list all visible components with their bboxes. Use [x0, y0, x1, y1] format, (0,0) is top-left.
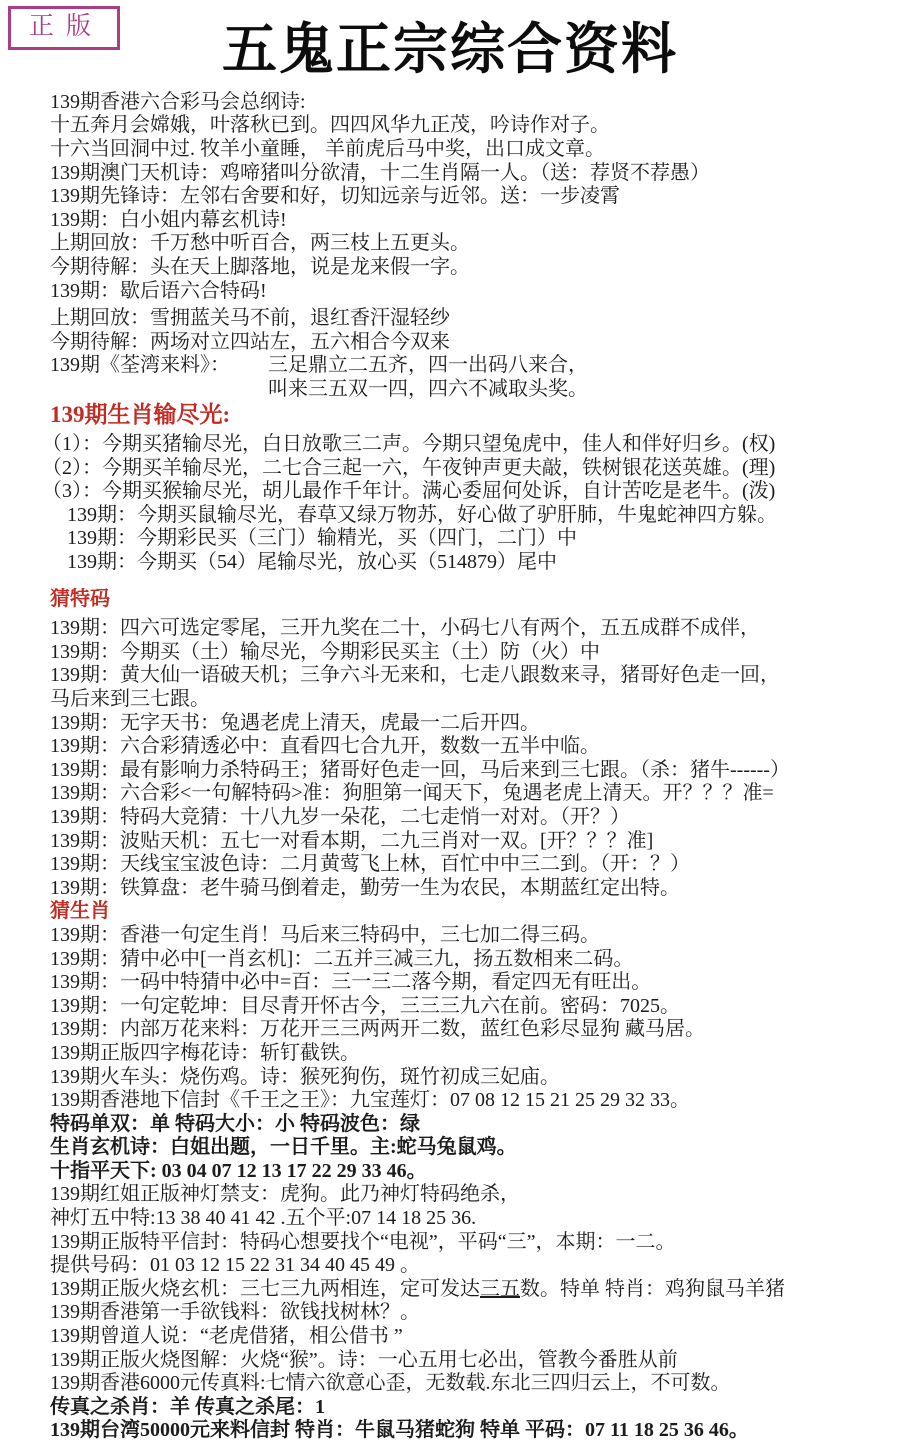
- text-line: （1）：今期买猪输尽光，白日放歌三二声。今期只望兔虎中，佳人和伴好归乡。(权): [42, 433, 896, 457]
- text-line: 139期正版特平信封：特码心想要找个“电视”，平码“三”，本期：一二。: [50, 1231, 896, 1255]
- text-line: 139期先锋诗：左邻右舍要和好，切知远亲与近邻。送：一步凌霄: [50, 185, 896, 209]
- text-line: 139期：特码大竞猜：十八九岁一朵花，二七走悄一对对。（开？）: [50, 806, 896, 830]
- text-line: 十六当回洞中过. 牧羊小童睡， 羊前虎后马中奖，出口成文章。: [50, 138, 896, 162]
- text-segment: 数。特单 特肖：鸡狗鼠马羊猪: [520, 1278, 785, 1300]
- text-line: 传真之杀肖：羊 传真之杀尾：1: [50, 1396, 896, 1420]
- text-line: 139期：四六可选定零尾，三开九奖在二十，小码七八有两个，五五成群不成伴，: [50, 617, 896, 641]
- text-line: 十五奔月会嫦娥，叶落秋已到。四四风华九正茂，吟诗作对子。: [50, 114, 896, 138]
- text-line: 139期香港第一手欲钱料：欲钱找树林？。: [50, 1301, 896, 1325]
- text-line: 叫来三五双一四，四六不减取头奖。: [268, 378, 588, 402]
- text-line: 139期：白小姐内幕玄机诗!: [50, 209, 896, 233]
- text-line: 139期正版火烧图解：火烧“猴”。诗：一心五用七必出，管教今番胜从前: [50, 1349, 896, 1373]
- line-right-column: 三足鼎立二五齐，四一出码八来合，叫来三五双一四，四六不减取头奖。: [268, 354, 588, 401]
- text-line: 三足鼎立二五齐，四一出码八来合，: [268, 354, 588, 378]
- text-line: 139期：今期买（土）输尽光，今期彩民买主（土）防（火）中: [50, 641, 896, 665]
- section-header-cai-tema: 猜特码: [50, 588, 896, 612]
- text-line: 139期：内部万花来料：万花开三三两两开二数，蓝红色彩尽显狗 藏马居。: [50, 1018, 896, 1042]
- text-line: 139期正版火烧玄机：三七三九两相连，定可发达三五数。特单 特肖：鸡狗鼠马羊猪: [50, 1278, 896, 1302]
- text-line: 139期：黄大仙一语破天机；三争六斗无来和，七走八跟数来寻，猪哥好色走一回，: [50, 664, 896, 688]
- text-line: 139期香港6000元传真料:七情六欲意心歪，无数载.东北三四归云上，不可数。: [50, 1372, 896, 1396]
- text-line: 十指平天下: 03 04 07 12 13 17 22 29 33 46。: [50, 1160, 896, 1184]
- text-line: 139期：最有影响力杀特码王；猪哥好色走一回，马后来到三七跟。（杀：猪牛----…: [50, 759, 896, 783]
- text-line: 特码单双：单 特码大小：小 特码波色：绿: [50, 1113, 896, 1137]
- text-line: 今期待解：头在天上脚落地，说是龙来假一字。: [50, 256, 896, 280]
- text-line: 139期：无字天书：兔遇老虎上清天，虎最一二后开四。: [50, 712, 896, 736]
- text-line: 139期香港地下信封《千王之王》：九宝莲灯：07 08 12 15 21 25 …: [50, 1089, 896, 1113]
- text-line: 今期待解：两场对立四站左，五六相合今双来: [50, 331, 896, 355]
- page: 正版 五鬼正宗综合资料 139期香港六合彩马会总纲诗:十五奔月会嫦娥，叶落秋已到…: [0, 0, 900, 1445]
- text-line: 139期：今期买（54）尾输尽光，放心买（514879）尾中: [67, 551, 896, 575]
- text-line: 139期：波贴天机：五七一对看本期，二九三肖对一双。[开？？？准]: [50, 830, 896, 854]
- text-line: 139期：今期买鼠输尽光，春草又绿万物苏，好心做了驴肝肺，牛鬼蛇神四方躲。: [67, 504, 896, 528]
- text-line: （3）：今期买猴输尽光，胡儿最作千年计。满心委屈何处诉，自计苦吃是老牛。(泼): [42, 480, 896, 504]
- text-line: 139期：香港一句定生肖！马后来三特码中，三七加二得三码。: [50, 924, 896, 948]
- section-header-cai-shengxiao: 猜生肖: [50, 900, 896, 924]
- text-line: 139期正版四字梅花诗：斩钉截铁。: [50, 1042, 896, 1066]
- text-line: 139期：天线宝宝波色诗：二月黄莺飞上林，百忙中中三二到。（开：？）: [50, 853, 896, 877]
- text-line: 生肖玄机诗：白姐出题，一日千里。主:蛇马兔鼠鸡。: [50, 1136, 896, 1160]
- text-line: 139期曾道人说：“老虎借猪，相公借书 ”: [50, 1325, 896, 1349]
- text-line: 139期：一句定乾坤：目尽青开怀古今，三三三九六在前。密码：7025。: [50, 995, 896, 1019]
- text-line: 139期：六合彩猜透必中：直看四七合九开，数数一五半中临。: [50, 735, 896, 759]
- text-line: 139期：一码中特猜中必中=百：三一三二落今期，看定四无有旺出。: [50, 971, 896, 995]
- line-label: 139期《荃湾来料》：: [50, 354, 230, 401]
- text-line: 上期回放：雪拥蓝关马不前，退红香汗湿轻纱: [50, 307, 896, 331]
- text-line: （2）：今期买羊输尽光，二七合三起一六，午夜钟声更夫敲，铁树银花送英雄。(理): [42, 457, 896, 481]
- text-line: 139期火车头：烧伤鸡。诗：猴死狗伤，斑竹初成三妃庙。: [50, 1066, 896, 1090]
- text-line: 139期：铁算盘：老牛骑马倒着走，勤劳一生为农民，本期蓝红定出特。: [50, 877, 896, 901]
- text-line: 神灯五中特:13 38 40 41 42 .五个平:07 14 18 25 36…: [50, 1207, 896, 1231]
- text-line: 139期台湾50000元来料信封 特肖：牛鼠马猪蛇狗 特单 平码：07 11 1…: [50, 1419, 896, 1443]
- text-segment: 139期正版火烧玄机：三七三九两相连，定可发达: [50, 1278, 480, 1300]
- authentic-badge: 正版: [8, 6, 120, 50]
- text-line: 马后来到三七跟。: [50, 688, 896, 712]
- underlined-text: 三五: [480, 1278, 520, 1300]
- text-line: 139期《荃湾来料》：三足鼎立二五齐，四一出码八来合，叫来三五双一四，四六不减取…: [50, 354, 896, 401]
- text-line: 139期：今期彩民买（三门）输精光，买（四门，二门）中: [67, 527, 896, 551]
- text-line: 上期回放：千万愁中听百合，两三枝上五更头。: [50, 232, 896, 256]
- page-title: 五鬼正宗综合资料: [0, 0, 900, 85]
- text-line: 139期香港六合彩马会总纲诗:: [50, 91, 896, 115]
- content-lines: 139期香港六合彩马会总纲诗:十五奔月会嫦娥，叶落秋已到。四四风华九正茂，吟诗作…: [0, 91, 900, 1443]
- text-line: 139期：歇后语六合特码!: [50, 280, 896, 304]
- text-line: 139期：六合彩<一句解特码>准：狗胆第一闻天下，兔遇老虎上清天。开？？？准=: [50, 782, 896, 806]
- text-line: 139期：猜中必中[一肖玄机]：二五并三减三九，扬五数相来二码。: [50, 948, 896, 972]
- text-line: 139期红姐正版神灯禁支：虎狗。此乃神灯特码绝杀，: [50, 1183, 896, 1207]
- text-line: 139期澳门天机诗：鸡啼猪叫分欲清，十二生肖隔一人。（送：荐贤不荐愚）: [50, 162, 896, 186]
- text-line: 提供号码：01 03 12 15 22 31 34 40 45 49 。: [50, 1254, 896, 1278]
- section-header-shengxiao-shujinguang: 139期生肖输尽光:: [50, 403, 896, 427]
